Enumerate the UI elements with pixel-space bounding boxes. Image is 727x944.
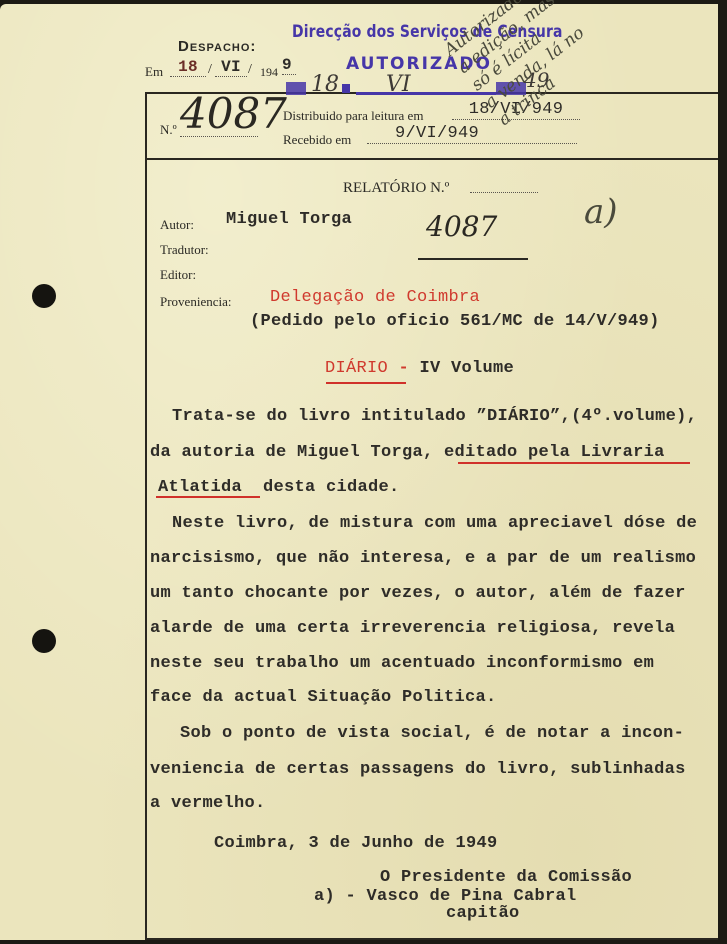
proveniencia-value: Delegação de Coimbra xyxy=(270,288,480,307)
despacho-day: 18 xyxy=(170,58,206,77)
pedido-reference: (Pedido pelo oficio 561/MC de 14/V/949) xyxy=(250,312,660,331)
handwritten-signature: a) xyxy=(584,192,618,232)
red-underline-title xyxy=(326,382,406,384)
signatory-title: O Presidente da Comissão xyxy=(380,868,632,887)
book-volume: IV Volume xyxy=(420,359,515,378)
autor-label: Autor: xyxy=(160,217,194,233)
stamp-date-underline xyxy=(356,92,496,95)
em-label: Em xyxy=(145,64,163,80)
recebido-value: 9/VI/949 xyxy=(367,124,577,144)
paragraph2-line6: face da actual Situação Politica. xyxy=(150,688,497,707)
paragraph1-line3: Atlatida desta cidade. xyxy=(158,478,400,497)
distribuido-label: Distribuido para leitura em xyxy=(283,108,423,124)
relatorio-number-underline xyxy=(418,258,528,260)
numero-label: N.º xyxy=(160,122,177,138)
date-sep-1: / xyxy=(208,62,212,78)
recebido-label: Recebido em xyxy=(283,132,351,148)
relatorio-number-dotline xyxy=(470,192,538,193)
paragraph2-line2: narcisismo, que não interesa, e a par de… xyxy=(150,549,696,568)
red-underline-editado xyxy=(458,462,690,464)
paragraph1-line1: Trata-se do livro intitulado ”DIÁRIO”,(4… xyxy=(172,407,697,426)
document-page: Despacho: Em 18 / VI / 194 9 N.º 4087 Di… xyxy=(0,4,718,940)
signatory-rank: capitão xyxy=(446,904,520,923)
proveniencia-label: Proveniencia: xyxy=(160,294,231,310)
autor-value: Miguel Torga xyxy=(226,210,352,229)
paragraph2-line5: neste seu trabalho um acentuado inconfor… xyxy=(150,654,654,673)
punch-hole-top xyxy=(32,284,56,308)
relatorio-title: RELATÓRIO N.º xyxy=(343,180,449,197)
despacho-year-prefix: 194 xyxy=(260,65,278,80)
paragraph2-line1: Neste livro, de mistura com uma apreciav… xyxy=(172,514,697,533)
red-underline-atlatida xyxy=(156,496,260,498)
despacho-year-suffix: 9 xyxy=(282,56,296,75)
numero-handwritten: 4087 xyxy=(180,92,258,137)
paragraph1-line2: da autoria de Miguel Torga, editado pela… xyxy=(150,443,665,462)
paragraph3-line2: veniencia de certas passagens do livro, … xyxy=(150,760,686,779)
stamp-date-block-2 xyxy=(342,84,350,93)
date-sep-2: / xyxy=(248,62,252,78)
book-title: DIÁRIO xyxy=(325,359,388,378)
stamp-date-block-1 xyxy=(286,82,306,95)
paragraph3-line1: Sob o ponto de vista social, é de notar … xyxy=(180,724,684,743)
despacho-month: VI xyxy=(215,58,247,77)
paragraph2-line3: um tanto chocante por vezes, o autor, al… xyxy=(150,584,686,603)
form-header-rule xyxy=(145,158,718,160)
form-left-border xyxy=(145,92,147,940)
tradutor-label: Tradutor: xyxy=(160,242,209,258)
stamp-date-day: 18 xyxy=(311,72,339,97)
book-title-separator: - xyxy=(388,359,420,378)
editor-label: Editor: xyxy=(160,267,196,283)
paragraph2-line4: alarde de uma certa irreverencia religio… xyxy=(150,619,675,638)
form-bottom-rule xyxy=(145,938,718,940)
paragraph3-line3: a vermelho. xyxy=(150,794,266,813)
place-date: Coimbra, 3 de Junho de 1949 xyxy=(214,834,498,853)
book-title-line: DIÁRIO - IV Volume xyxy=(325,359,514,378)
despacho-label: Despacho: xyxy=(178,38,256,55)
relatorio-number-handwritten: 4087 xyxy=(426,210,497,243)
punch-hole-bottom xyxy=(32,629,56,653)
